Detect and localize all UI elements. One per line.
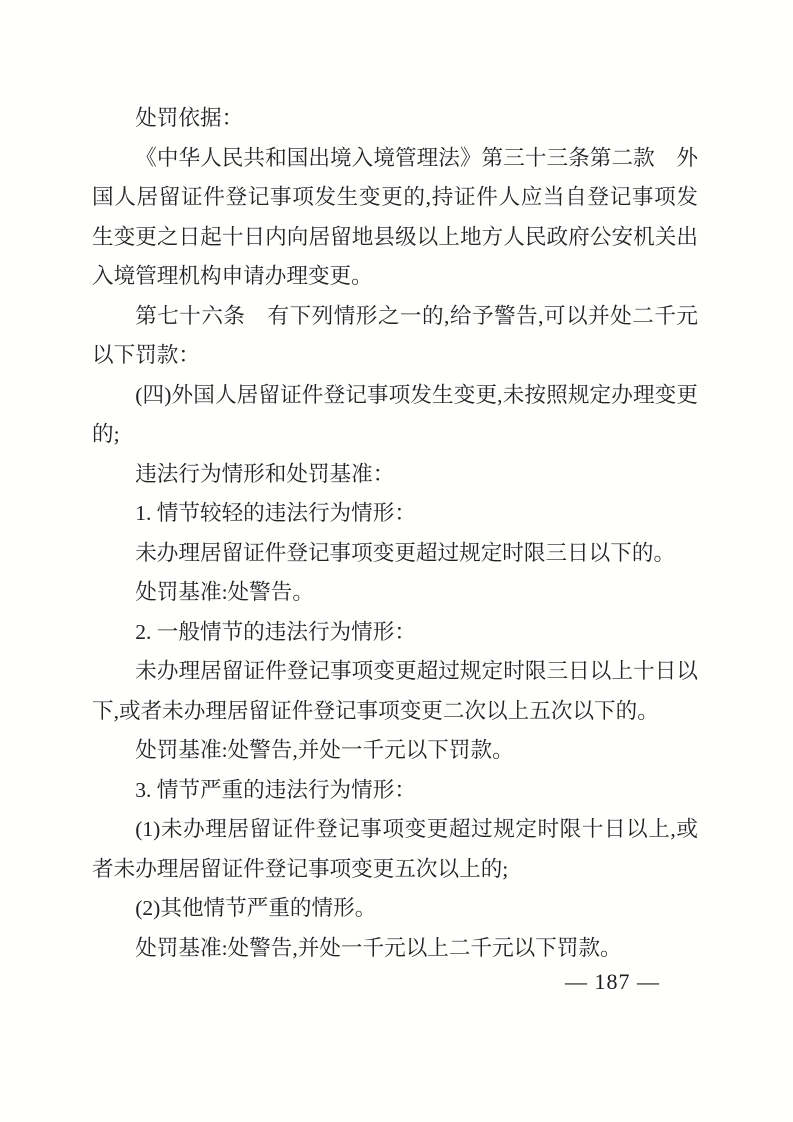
paragraph: 《中华人民共和国出境入境管理法》第三十三条第二款 外国人居留证件登记事项发生变更… bbox=[92, 139, 698, 297]
paragraph: (2)其他情节严重的情形。 bbox=[92, 889, 698, 929]
paragraph: (1)未办理居留证件登记事项变更超过规定时限十日以上,或者未办理居留证件登记事项… bbox=[92, 810, 698, 889]
paragraph: 2. 一般情节的违法行为情形： bbox=[92, 613, 698, 653]
paragraph: (四)外国人居留证件登记事项发生变更,未按照规定办理变更的; bbox=[92, 376, 698, 455]
paragraph: 第七十六条 有下列情形之一的,给予警告,可以并处二千元以下罚款： bbox=[92, 297, 698, 376]
document-body: 处罚依据：《中华人民共和国出境入境管理法》第三十三条第二款 外国人居留证件登记事… bbox=[92, 99, 698, 968]
paragraph: 违法行为情形和处罚基准： bbox=[92, 455, 698, 495]
paragraph: 未办理居留证件登记事项变更超过规定时限三日以上十日以下,或者未办理居留证件登记事… bbox=[92, 652, 698, 731]
paragraph: 未办理居留证件登记事项变更超过规定时限三日以下的。 bbox=[92, 534, 698, 574]
paragraph: 3. 情节严重的违法行为情形： bbox=[92, 771, 698, 811]
paragraph: 处罚基准:处警告。 bbox=[92, 573, 698, 613]
paragraph: 处罚基准:处警告,并处一千元以上二千元以下罚款。 bbox=[92, 929, 698, 969]
paragraph: 处罚依据： bbox=[92, 99, 698, 139]
paragraph: 1. 情节较轻的违法行为情形： bbox=[92, 494, 698, 534]
paragraph: 处罚基准:处警告,并处一千元以下罚款。 bbox=[92, 731, 698, 771]
page-number: — 187 — bbox=[0, 969, 660, 995]
document-page: 处罚依据：《中华人民共和国出境入境管理法》第三十三条第二款 外国人居留证件登记事… bbox=[0, 0, 793, 1122]
